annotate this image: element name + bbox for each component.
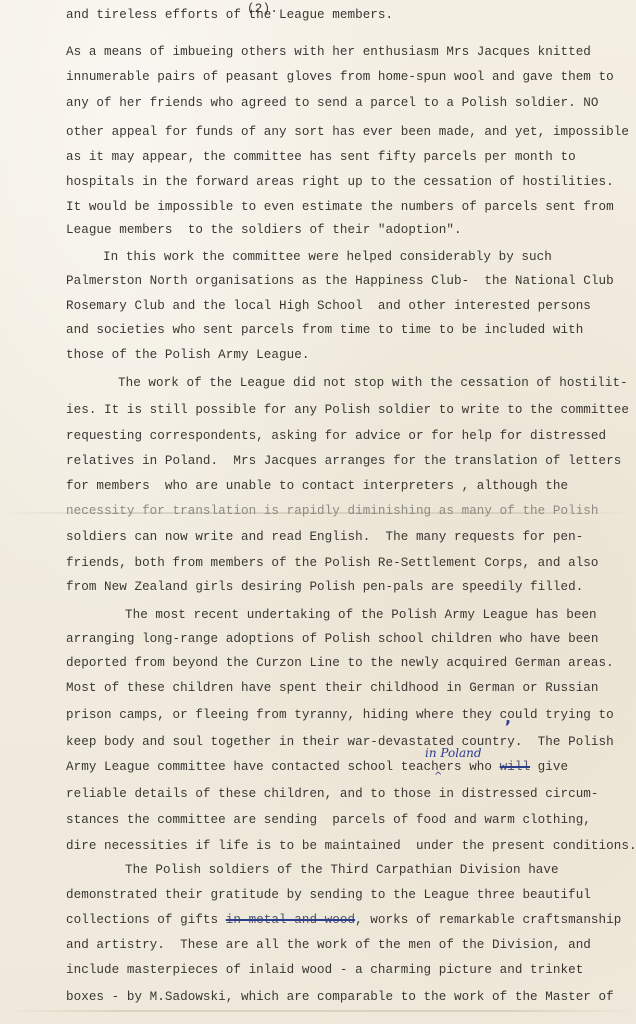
text-line: In this work the committee were helped c…	[103, 249, 552, 265]
text-line: innumerable pairs of peasant gloves from…	[66, 69, 614, 85]
text-line-with-edit: Army League committee have contacted sch…	[66, 759, 568, 775]
text-line: friends, both from members of the Polish…	[66, 555, 599, 571]
text-segment: , works of remarkable craftsmanship	[355, 913, 621, 927]
text-line-with-edit: collections of gifts in metal and wood, …	[66, 912, 621, 928]
text-line: prison camps, or fleeing from tyranny, h…	[66, 707, 614, 723]
text-line: The most recent undertaking of the Polis…	[125, 607, 597, 623]
text-line: soldiers can now write and read English.…	[66, 529, 583, 545]
text-line: necessity for translation is rapidly dim…	[66, 503, 599, 519]
paper-fold-line	[0, 1010, 636, 1012]
text-line: for members who are unable to contact in…	[66, 478, 568, 494]
text-line: and tireless efforts of the League membe…	[66, 7, 393, 23]
struck-word: will	[500, 760, 530, 774]
text-line: hospitals in the forward areas right up …	[66, 174, 614, 190]
text-line: arranging long-range adoptions of Polish…	[66, 631, 599, 647]
text-line: The work of the League did not stop with…	[118, 375, 628, 391]
insertion-caret-icon: ^	[434, 771, 442, 782]
text-line: stances the committee are sending parcel…	[66, 812, 591, 828]
text-line: deported from beyond the Curzon Line to …	[66, 655, 614, 671]
text-line: those of the Polish Army League.	[66, 347, 309, 363]
handwritten-insertion: in Poland	[425, 746, 482, 760]
text-line: Rosemary Club and the local High School …	[66, 298, 591, 314]
text-line: League members to the soldiers of their …	[66, 222, 462, 238]
text-line: Most of these children have spent their …	[66, 680, 599, 696]
text-segment: give	[530, 760, 568, 774]
text-line: Palmerston North organisations as the Ha…	[66, 273, 614, 289]
pen-inserted-comma: ,	[505, 708, 511, 727]
text-line: and artistry. These are all the work of …	[66, 937, 591, 953]
text-line: boxes - by M.Sadowski, which are compara…	[66, 989, 614, 1005]
text-line: any of her friends who agreed to send a …	[66, 95, 599, 111]
struck-phrase: in metal and wood	[226, 913, 355, 927]
text-line: It would be impossible to even estimate …	[66, 199, 614, 215]
text-line: other appeal for funds of any sort has e…	[66, 124, 629, 140]
text-line: include masterpieces of inlaid wood - a …	[66, 962, 583, 978]
text-line: reliable details of these children, and …	[66, 786, 599, 802]
text-line: The Polish soldiers of the Third Carpath…	[125, 862, 559, 878]
text-line: requesting correspondents, asking for ad…	[66, 428, 606, 444]
text-line: dire necessities if life is to be mainta…	[66, 838, 636, 854]
text-line: and societies who sent parcels from time…	[66, 322, 583, 338]
text-line: keep body and soul together in their war…	[66, 734, 614, 750]
text-line: As a means of imbueing others with her e…	[66, 44, 591, 60]
text-line: as it may appear, the committee has sent…	[66, 149, 576, 165]
text-line: demonstrated their gratitude by sending …	[66, 887, 591, 903]
text-segment: collections of gifts	[66, 913, 226, 927]
document-page: (2). and tireless efforts of the League …	[0, 0, 636, 1024]
text-line: relatives in Poland. Mrs Jacques arrange…	[66, 453, 621, 469]
text-line: ies. It is still possible for any Polish…	[66, 402, 629, 418]
text-line: from New Zealand girls desiring Polish p…	[66, 579, 583, 595]
